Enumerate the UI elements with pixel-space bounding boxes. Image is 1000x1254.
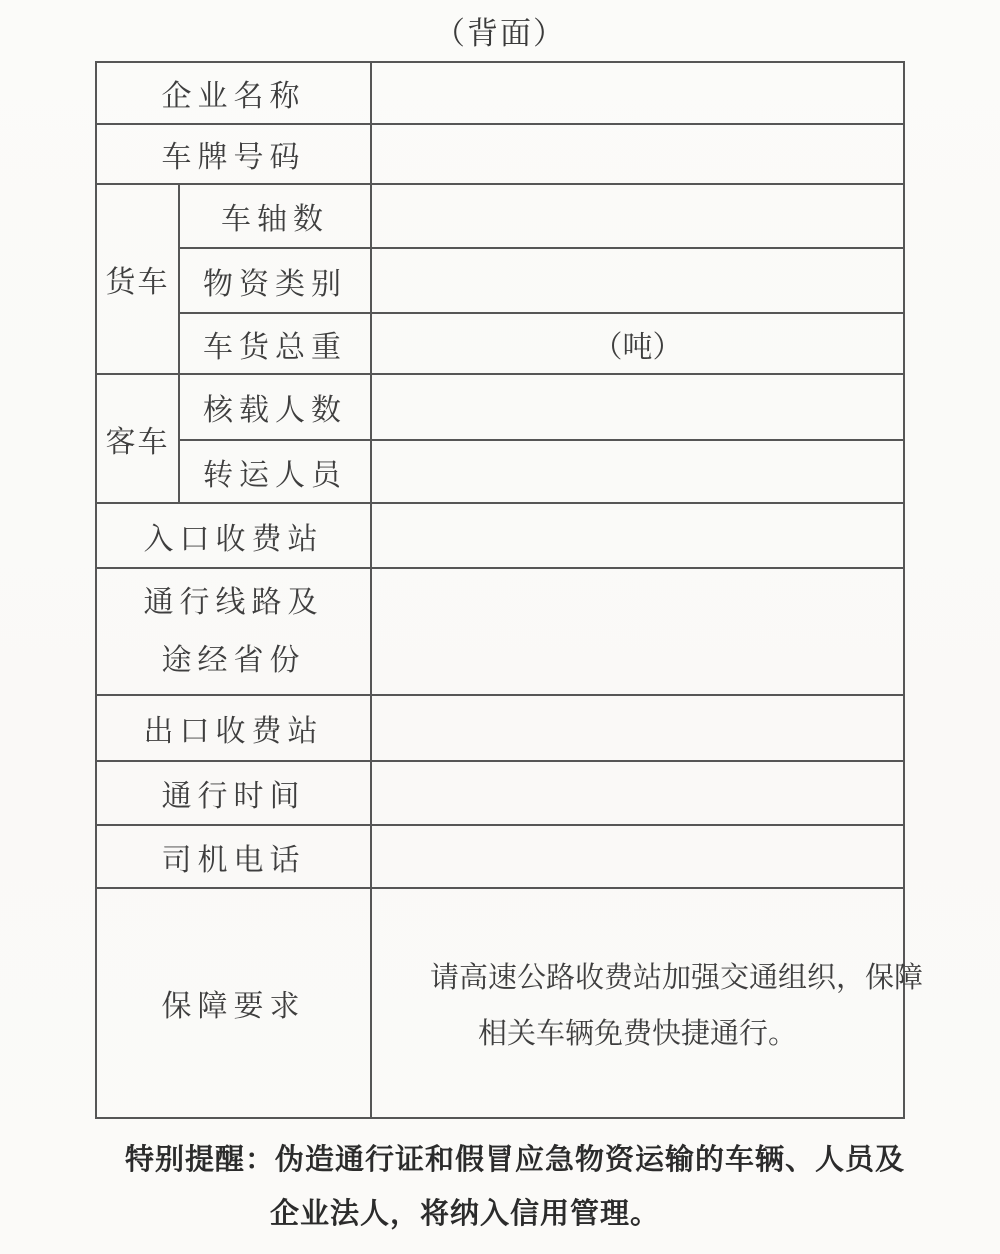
transit-time-label: 通行时间 bbox=[96, 761, 371, 825]
row-plate-number: 车牌号码 bbox=[96, 124, 904, 184]
row-transit-time: 通行时间 bbox=[96, 761, 904, 825]
special-reminder-line1: 特别提醒：伪造通行证和假冒应急物资运输的车辆、人员及 bbox=[125, 1133, 1000, 1187]
route-provinces-label: 通行线路及 途经省份 bbox=[96, 568, 371, 695]
route-label-line1: 通行线路及 bbox=[97, 574, 370, 632]
row-truck-material-category: 物资类别 bbox=[96, 248, 904, 313]
bus-transfer-personnel-value-cell bbox=[371, 440, 904, 503]
bus-passenger-capacity-value-cell bbox=[371, 374, 904, 440]
truck-axle-count-label: 车轴数 bbox=[179, 184, 371, 248]
guarantee-requirements-label: 保障要求 bbox=[96, 888, 371, 1118]
row-company-name: 企业名称 bbox=[96, 62, 904, 124]
truck-material-category-value-cell bbox=[371, 248, 904, 313]
entry-toll-station-value-cell bbox=[371, 503, 904, 568]
route-label-line2: 途经省份 bbox=[97, 632, 370, 690]
special-reminder-line2: 企业法人，将纳入信用管理。 bbox=[270, 1187, 1000, 1241]
guarantee-requirements-note-cell: 请高速公路收费站加强交通组织，保障 相关车辆免费快捷通行。 bbox=[371, 888, 904, 1118]
bus-group-label: 客车 bbox=[96, 374, 179, 503]
truck-material-category-label: 物资类别 bbox=[179, 248, 371, 313]
row-exit-toll-station: 出口收费站 bbox=[96, 695, 904, 761]
row-guarantee-requirements: 保障要求 请高速公路收费站加强交通组织，保障 相关车辆免费快捷通行。 bbox=[96, 888, 904, 1118]
row-truck-axle-count: 货车 车轴数 bbox=[96, 184, 904, 248]
row-driver-phone: 司机电话 bbox=[96, 825, 904, 888]
truck-group-label: 货车 bbox=[96, 184, 179, 374]
plate-number-value-cell bbox=[371, 124, 904, 184]
row-bus-transfer-personnel: 转运人员 bbox=[96, 440, 904, 503]
truck-gross-weight-label: 车货总重 bbox=[179, 313, 371, 374]
row-truck-gross-weight: 车货总重 （吨） bbox=[96, 313, 904, 374]
guarantee-note-line1: 请高速公路收费站加强交通组织，保障 bbox=[372, 950, 903, 1006]
exit-toll-station-value-cell bbox=[371, 695, 904, 761]
bus-passenger-capacity-label: 核载人数 bbox=[179, 374, 371, 440]
document-page: （背面） 企业名称 车牌号码 货车 车轴数 物资类别 车货总重 （吨） bbox=[0, 0, 1000, 1254]
row-route-provinces: 通行线路及 途经省份 bbox=[96, 568, 904, 695]
guarantee-note-line2: 相关车辆免费快捷通行。 bbox=[372, 1006, 903, 1062]
bus-transfer-personnel-label: 转运人员 bbox=[179, 440, 371, 503]
company-name-label: 企业名称 bbox=[96, 62, 371, 124]
driver-phone-label: 司机电话 bbox=[96, 825, 371, 888]
row-bus-passenger-capacity: 客车 核载人数 bbox=[96, 374, 904, 440]
truck-gross-weight-value-cell: （吨） bbox=[371, 313, 904, 374]
page-title: （背面） bbox=[0, 8, 1000, 53]
plate-number-label: 车牌号码 bbox=[96, 124, 371, 184]
truck-axle-count-value-cell bbox=[371, 184, 904, 248]
entry-toll-station-label: 入口收费站 bbox=[96, 503, 371, 568]
transit-time-value-cell bbox=[371, 761, 904, 825]
exit-toll-station-label: 出口收费站 bbox=[96, 695, 371, 761]
pass-form-table: 企业名称 车牌号码 货车 车轴数 物资类别 车货总重 （吨） 客车 核载人数 转… bbox=[95, 61, 905, 1119]
special-reminder: 特别提醒：伪造通行证和假冒应急物资运输的车辆、人员及 企业法人，将纳入信用管理。 bbox=[125, 1133, 1000, 1241]
row-entry-toll-station: 入口收费站 bbox=[96, 503, 904, 568]
driver-phone-value-cell bbox=[371, 825, 904, 888]
route-provinces-value-cell bbox=[371, 568, 904, 695]
company-name-value-cell bbox=[371, 62, 904, 124]
